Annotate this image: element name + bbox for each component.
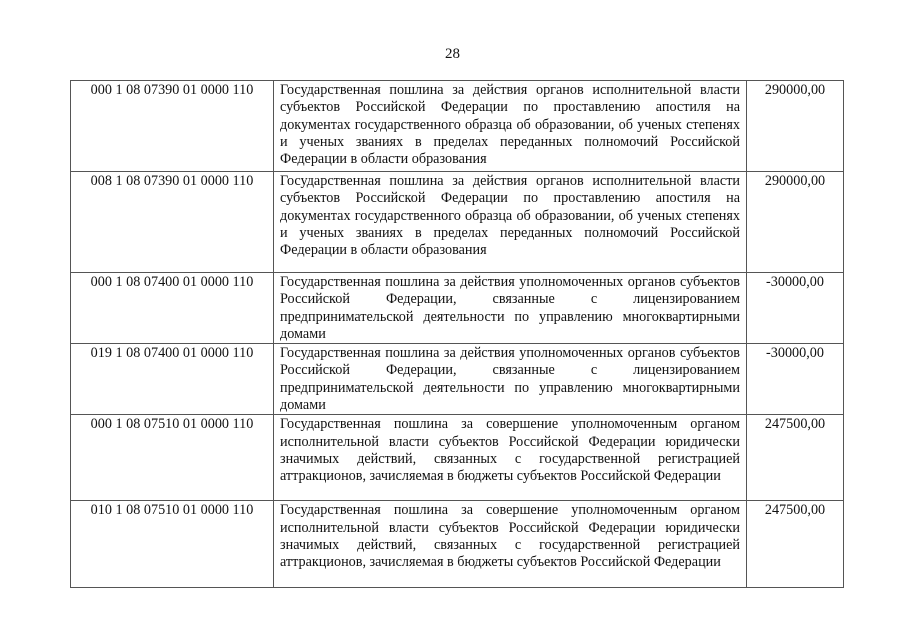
- amount-cell: 290000,00: [747, 81, 844, 172]
- budget-code-cell: 000 1 08 07510 01 0000 110: [71, 415, 274, 501]
- description-text: Государственная пошлина за совершение уп…: [280, 502, 740, 571]
- budget-code-cell: 008 1 08 07390 01 0000 110: [71, 172, 274, 273]
- description-cell: Государственная пошлина за совершение уп…: [274, 501, 747, 588]
- budget-code-cell: 000 1 08 07390 01 0000 110: [71, 81, 274, 172]
- description-cell: Государственная пошлина за действия упол…: [274, 273, 747, 344]
- description-cell: Государственная пошлина за совершение уп…: [274, 415, 747, 501]
- amount-cell: 247500,00: [747, 501, 844, 588]
- budget-code-cell: 000 1 08 07400 01 0000 110: [71, 273, 274, 344]
- table-row: 019 1 08 07400 01 0000 110 Государственн…: [71, 344, 844, 415]
- budget-revenue-table: 000 1 08 07390 01 0000 110 Государственн…: [70, 80, 844, 588]
- budget-code-cell: 010 1 08 07510 01 0000 110: [71, 501, 274, 588]
- description-cell: Государственная пошлина за действия упол…: [274, 344, 747, 415]
- amount-cell: 290000,00: [747, 172, 844, 273]
- table-row: 000 1 08 07400 01 0000 110 Государственн…: [71, 273, 844, 344]
- table-row: 000 1 08 07510 01 0000 110 Государственн…: [71, 415, 844, 501]
- description-cell: Государственная пошлина за действия орга…: [274, 172, 747, 273]
- description-cell: Государственная пошлина за действия орга…: [274, 81, 747, 172]
- table-row: 010 1 08 07510 01 0000 110 Государственн…: [71, 501, 844, 588]
- description-text: Государственная пошлина за совершение уп…: [280, 416, 740, 485]
- amount-cell: 247500,00: [747, 415, 844, 501]
- budget-code-cell: 019 1 08 07400 01 0000 110: [71, 344, 274, 415]
- description-text: Государственная пошлина за действия орга…: [280, 173, 740, 259]
- description-text: Государственная пошлина за действия орга…: [280, 82, 740, 168]
- description-text: Государственная пошлина за действия упол…: [280, 274, 740, 343]
- amount-cell: -30000,00: [747, 273, 844, 344]
- table-row: 008 1 08 07390 01 0000 110 Государственн…: [71, 172, 844, 273]
- table-row: 000 1 08 07390 01 0000 110 Государственн…: [71, 81, 844, 172]
- page-number: 28: [0, 45, 905, 63]
- amount-cell: -30000,00: [747, 344, 844, 415]
- description-text: Государственная пошлина за действия упол…: [280, 345, 740, 414]
